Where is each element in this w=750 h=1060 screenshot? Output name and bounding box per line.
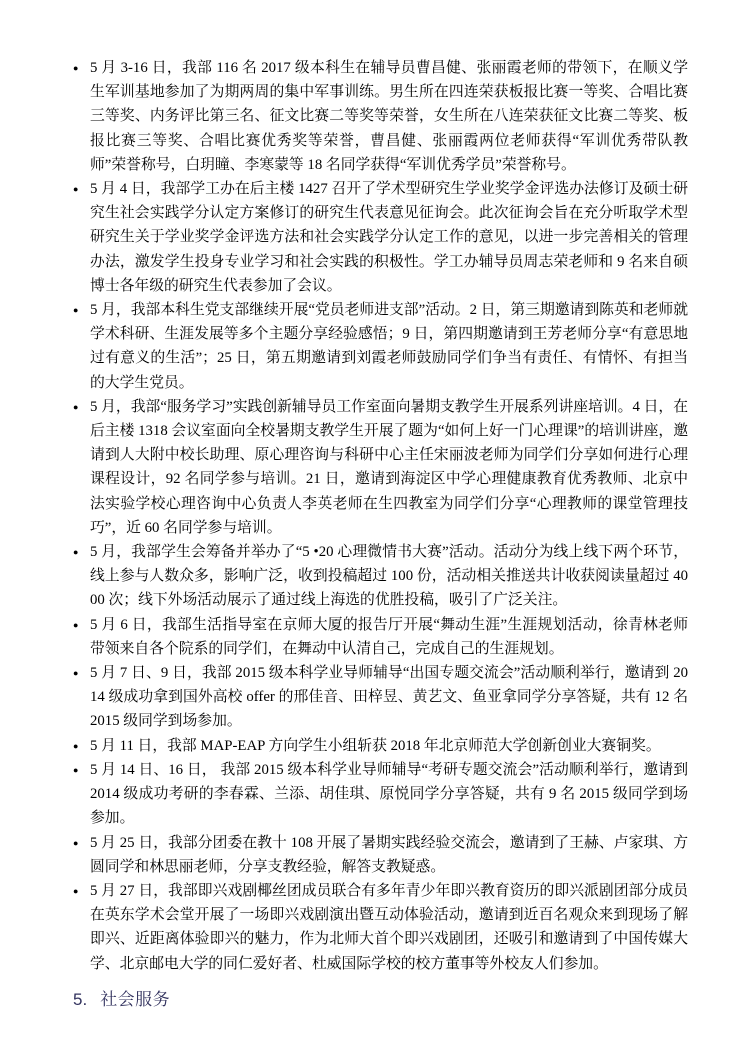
- bullet-text: 5 月，我部本科生党支部继续开展“党员老师进支部”活动。2 日，第三期邀请到陈英…: [90, 298, 688, 395]
- bullet-text: 5 月 14 日、16 日， 我部 2015 级本科学业导师辅导“考研专题交流会…: [90, 758, 688, 831]
- section-title: 社会服务: [100, 990, 170, 1009]
- bullet-text: 5 月 3-16 日，我部 116 名 2017 级本科生在辅导员曹昌健、张丽霞…: [90, 56, 688, 177]
- bullet-icon: ●: [73, 661, 90, 685]
- list-item: ● 5 月，我部本科生党支部继续开展“党员老师进支部”活动。2 日，第三期邀请到…: [73, 298, 688, 395]
- bullet-text: 5 月 25 日，我部分团委在教十 108 开展了暑期实践经验交流会，邀请到了王…: [90, 831, 688, 879]
- list-item: ● 5 月 14 日、16 日， 我部 2015 级本科学业导师辅导“考研专题交…: [73, 758, 688, 831]
- section-number: 5.: [73, 990, 87, 1010]
- document-page: ● 5 月 3-16 日，我部 116 名 2017 级本科生在辅导员曹昌健、张…: [0, 0, 750, 1060]
- list-item: ● 5 月，我部学生会筹备并举办了“5 •20 心理微情书大赛”活动。活动分为线…: [73, 540, 688, 613]
- bullet-icon: ●: [73, 177, 90, 201]
- bullet-icon: ●: [73, 758, 90, 782]
- bullet-text: 5 月 4 日，我部学工办在后主楼 1427 召开了学术型研究生学业奖学金评选办…: [90, 177, 688, 298]
- list-item: ● 5 月 4 日，我部学工办在后主楼 1427 召开了学术型研究生学业奖学金评…: [73, 177, 688, 298]
- section-heading: 5.社会服务: [73, 985, 688, 1010]
- bullet-text: 5 月，我部学生会筹备并举办了“5 •20 心理微情书大赛”活动。活动分为线上线…: [90, 540, 688, 613]
- bullet-icon: ●: [73, 298, 90, 322]
- bullet-text: 5 月，我部“服务学习”实践创新辅导员工作室面向暑期支教学生开展系列讲座培训。4…: [90, 395, 688, 540]
- bullet-icon: ●: [73, 879, 90, 903]
- bullet-text: 5 月 6 日，我部生活指导室在京师大厦的报告厅开展“舞动生涯”生涯规划活动，徐…: [90, 613, 688, 661]
- bullet-text: 5 月 27 日，我部即兴戏剧椰丝团成员联合有多年青少年即兴教育资历的即兴派剧团…: [90, 879, 688, 976]
- bullet-icon: ●: [73, 613, 90, 637]
- bullet-icon: ●: [73, 395, 90, 419]
- bullet-icon: ●: [73, 734, 90, 758]
- bullet-icon: ●: [73, 56, 90, 80]
- bullet-text: 5 月 11 日，我部 MAP-EAP 方向学生小组斩获 2018 年北京师范大…: [90, 734, 688, 758]
- events-list: ● 5 月 3-16 日，我部 116 名 2017 级本科生在辅导员曹昌健、张…: [73, 56, 688, 976]
- list-item: ● 5 月 6 日，我部生活指导室在京师大厦的报告厅开展“舞动生涯”生涯规划活动…: [73, 613, 688, 661]
- bullet-icon: ●: [73, 831, 90, 855]
- list-item: ● 5 月 25 日，我部分团委在教十 108 开展了暑期实践经验交流会，邀请到…: [73, 831, 688, 879]
- list-item: ● 5 月，我部“服务学习”实践创新辅导员工作室面向暑期支教学生开展系列讲座培训…: [73, 395, 688, 540]
- list-item: ● 5 月 7 日、9 日，我部 2015 级本科学业导师辅导“出国专题交流会”…: [73, 661, 688, 734]
- list-item: ● 5 月 3-16 日，我部 116 名 2017 级本科生在辅导员曹昌健、张…: [73, 56, 688, 177]
- list-item: ● 5 月 11 日，我部 MAP-EAP 方向学生小组斩获 2018 年北京师…: [73, 734, 688, 758]
- bullet-icon: ●: [73, 540, 90, 564]
- list-item: ● 5 月 27 日，我部即兴戏剧椰丝团成员联合有多年青少年即兴教育资历的即兴派…: [73, 879, 688, 976]
- bullet-text: 5 月 7 日、9 日，我部 2015 级本科学业导师辅导“出国专题交流会”活动…: [90, 661, 688, 734]
